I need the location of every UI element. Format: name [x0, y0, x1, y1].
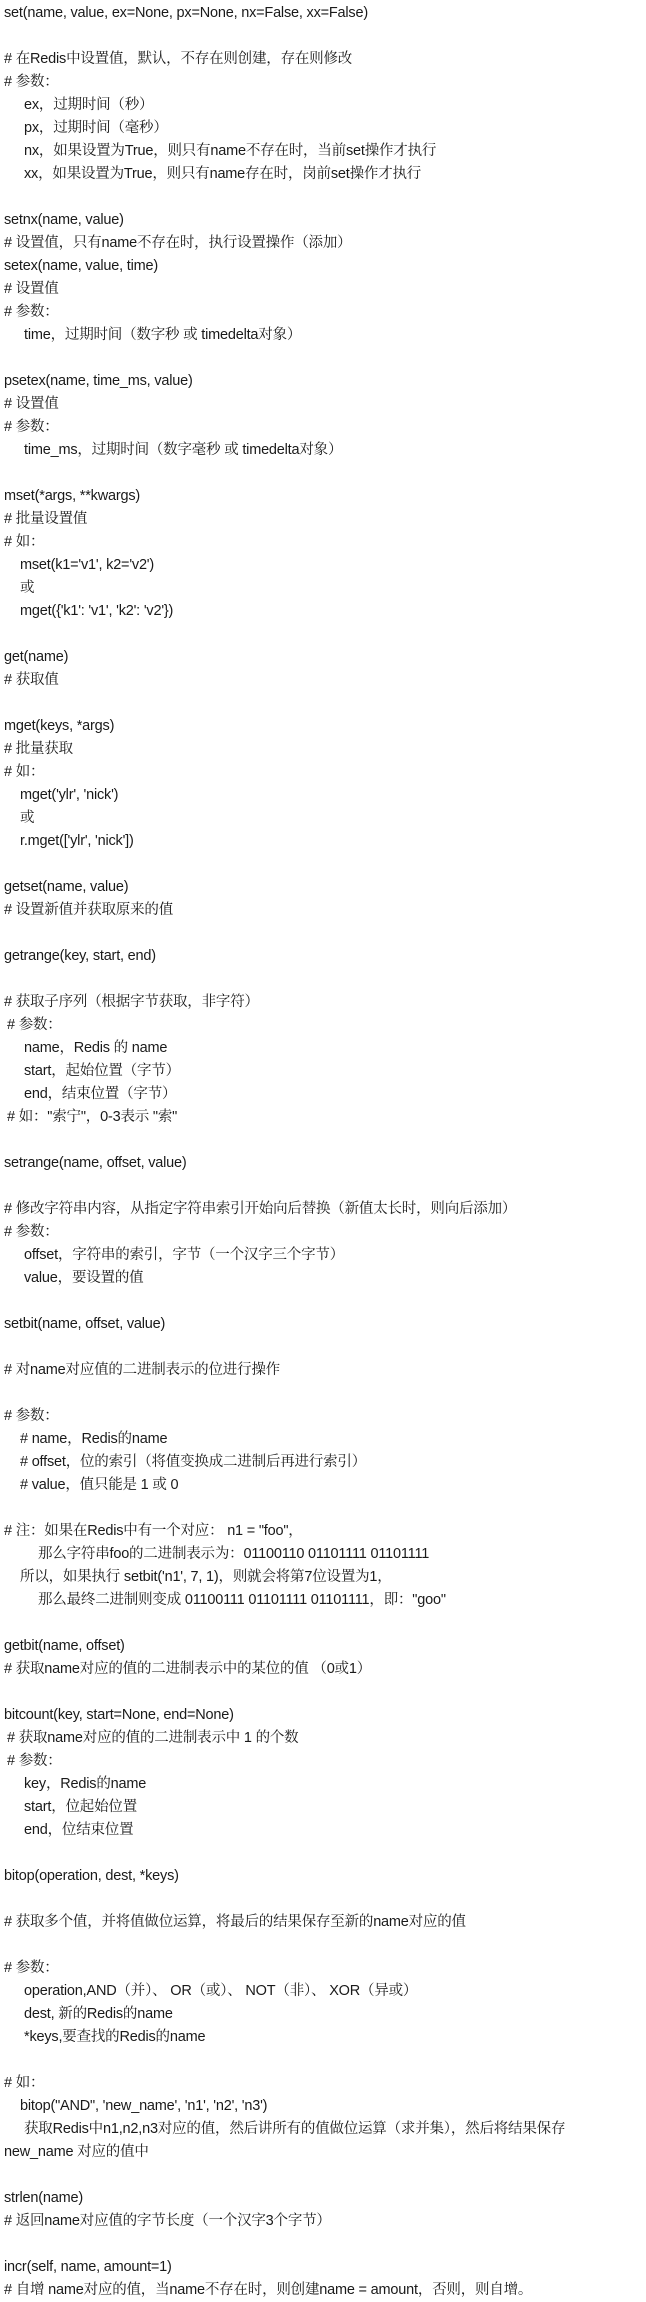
comment-line: # name，Redis的name — [4, 1428, 646, 1451]
function-signature-line: strlen(name) — [4, 2187, 646, 2210]
comment-line: # 在Redis中设置值，默认，不存在则创建，存在则修改 — [4, 48, 646, 71]
comment-line: # 注：如果在Redis中有一个对应： n1 = "foo"， — [4, 1520, 646, 1543]
text-line: operation,AND（并）、 OR（或）、 NOT（非）、 XOR（异或） — [4, 1980, 646, 2003]
text-line: start，起始位置（字节） — [4, 1060, 646, 1083]
comment-line: # offset，位的索引（将值变换成二进制后再进行索引） — [4, 1451, 646, 1474]
function-signature-line: bitop("AND", 'new_name', 'n1', 'n2', 'n3… — [4, 2095, 646, 2118]
text-line: start，位起始位置 — [4, 1796, 646, 1819]
function-signature-line: set(name, value, ex=None, px=None, nx=Fa… — [4, 2, 646, 25]
text-line: time，过期时间（数字秒 或 timedelta对象） — [4, 324, 646, 347]
comment-line: # 如： — [4, 531, 646, 554]
function-signature-line: mget({'k1': 'v1', 'k2': 'v2'}) — [4, 600, 646, 623]
comment-line: # 获取值 — [4, 669, 646, 692]
function-signature-line: setbit(name, offset, value) — [4, 1313, 646, 1336]
text-line: 所以，如果执行 setbit('n1', 7, 1)，则就会将第7位设置为1， — [4, 1566, 646, 1589]
comment-line: # 批量设置值 — [4, 508, 646, 531]
text-line: px，过期时间（毫秒） — [4, 117, 646, 140]
comment-line: # 对name对应值的二进制表示的位进行操作 — [4, 1359, 646, 1382]
comment-line: # 批量获取 — [4, 738, 646, 761]
blank-line — [4, 1612, 646, 1635]
blank-line — [4, 922, 646, 945]
comment-line: # 设置新值并获取原来的值 — [4, 899, 646, 922]
function-signature-line: getset(name, value) — [4, 876, 646, 899]
blank-line — [4, 1842, 646, 1865]
comment-line: # 获取子序列（根据字节获取，非字符） — [4, 991, 646, 1014]
function-signature-line: getbit(name, offset) — [4, 1635, 646, 1658]
blank-line — [4, 2164, 646, 2187]
function-signature-line: incr(self, name, amount=1) — [4, 2256, 646, 2279]
blank-line — [4, 25, 646, 48]
comment-line: # 参数： — [4, 301, 646, 324]
comment-line: # 参数： — [4, 416, 646, 439]
function-signature-line: get(name) — [4, 646, 646, 669]
text-line: 获取Redis中n1,n2,n3对应的值，然后讲所有的值做位运算（求并集），然后… — [4, 2118, 646, 2141]
blank-line — [4, 623, 646, 646]
comment-line: # 参数： — [4, 1405, 646, 1428]
text-line: 或 — [4, 807, 646, 830]
comment-line: # 如："索宁"，0-3表示 "索" — [4, 1106, 646, 1129]
comment-line: # value，值只能是 1 或 0 — [4, 1474, 646, 1497]
comment-line: # 参数： — [4, 1750, 646, 1773]
comment-line: # 设置值 — [4, 393, 646, 416]
text-line: offset，字符串的索引，字节（一个汉字三个字节） — [4, 1244, 646, 1267]
blank-line — [4, 462, 646, 485]
blank-line — [4, 968, 646, 991]
comment-line: # 设置值，只有name不存在时，执行设置操作（添加） — [4, 232, 646, 255]
comment-line: # 参数： — [4, 1957, 646, 1980]
function-signature-line: bitop(operation, dest, *keys) — [4, 1865, 646, 1888]
function-signature-line: psetex(name, time_ms, value) — [4, 370, 646, 393]
blank-line — [4, 1129, 646, 1152]
blank-line — [4, 186, 646, 209]
comment-line: # 设置值 — [4, 278, 646, 301]
text-line: end，结束位置（字节） — [4, 1083, 646, 1106]
comment-line: # 参数： — [4, 1014, 646, 1037]
blank-line — [4, 1336, 646, 1359]
text-line: end，位结束位置 — [4, 1819, 646, 1842]
function-signature-line: bitcount(key, start=None, end=None) — [4, 1704, 646, 1727]
text-line: *keys,要查找的Redis的name — [4, 2026, 646, 2049]
blank-line — [4, 2049, 646, 2072]
comment-line: # 修改字符串内容，从指定字符串索引开始向后替换（新值太长时，则向后添加） — [4, 1198, 646, 1221]
blank-line — [4, 1290, 646, 1313]
text-line: ex，过期时间（秒） — [4, 94, 646, 117]
blank-line — [4, 1382, 646, 1405]
blank-line — [4, 692, 646, 715]
text-line: 那么字符串foo的二进制表示为：01100110 01101111 011011… — [4, 1543, 646, 1566]
blank-line — [4, 1934, 646, 1957]
comment-line: # 获取name对应的值的二进制表示中的某位的值 （0或1） — [4, 1658, 646, 1681]
comment-line: # 如： — [4, 2072, 646, 2095]
text-line: xx，如果设置为True，则只有name存在时，岗前set操作才执行 — [4, 163, 646, 186]
blank-line — [4, 2233, 646, 2256]
blank-line — [4, 347, 646, 370]
text-line: dest, 新的Redis的name — [4, 2003, 646, 2026]
text-line: 那么最终二进制则变成 01100111 01101111 01101111，即：… — [4, 1589, 646, 1612]
blank-line — [4, 1888, 646, 1911]
text-line: key，Redis的name — [4, 1773, 646, 1796]
function-signature-line: mget('ylr', 'nick') — [4, 784, 646, 807]
function-signature-line: getrange(key, start, end) — [4, 945, 646, 968]
blank-line — [4, 853, 646, 876]
blank-line — [4, 1497, 646, 1520]
text-line: value，要设置的值 — [4, 1267, 646, 1290]
comment-line: # 如： — [4, 761, 646, 784]
comment-line: # 获取name对应的值的二进制表示中 1 的个数 — [4, 1727, 646, 1750]
function-signature-line: setex(name, value, time) — [4, 255, 646, 278]
function-signature-line: mset(k1='v1', k2='v2') — [4, 554, 646, 577]
blank-line — [4, 1175, 646, 1198]
text-line: nx，如果设置为True，则只有name不存在时，当前set操作才执行 — [4, 140, 646, 163]
text-line: 或 — [4, 577, 646, 600]
comment-line: # 参数： — [4, 1221, 646, 1244]
blank-line — [4, 1681, 646, 1704]
text-line: name，Redis 的 name — [4, 1037, 646, 1060]
comment-line: # 自增 name对应的值，当name不存在时，则创建name = amount… — [4, 2279, 646, 2302]
comment-line: # 返回name对应值的字节长度（一个汉字3个字节） — [4, 2210, 646, 2233]
function-signature-line: setnx(name, value) — [4, 209, 646, 232]
redis-string-api-document: set(name, value, ex=None, px=None, nx=Fa… — [0, 0, 646, 2302]
function-signature-line: mset(*args, **kwargs) — [4, 485, 646, 508]
function-signature-line: r.mget(['ylr', 'nick']) — [4, 830, 646, 853]
text-line: time_ms，过期时间（数字毫秒 或 timedelta对象） — [4, 439, 646, 462]
text-line: new_name 对应的值中 — [4, 2141, 646, 2164]
comment-line: # 获取多个值，并将值做位运算，将最后的结果保存至新的name对应的值 — [4, 1911, 646, 1934]
function-signature-line: mget(keys, *args) — [4, 715, 646, 738]
comment-line: # 参数： — [4, 71, 646, 94]
function-signature-line: setrange(name, offset, value) — [4, 1152, 646, 1175]
